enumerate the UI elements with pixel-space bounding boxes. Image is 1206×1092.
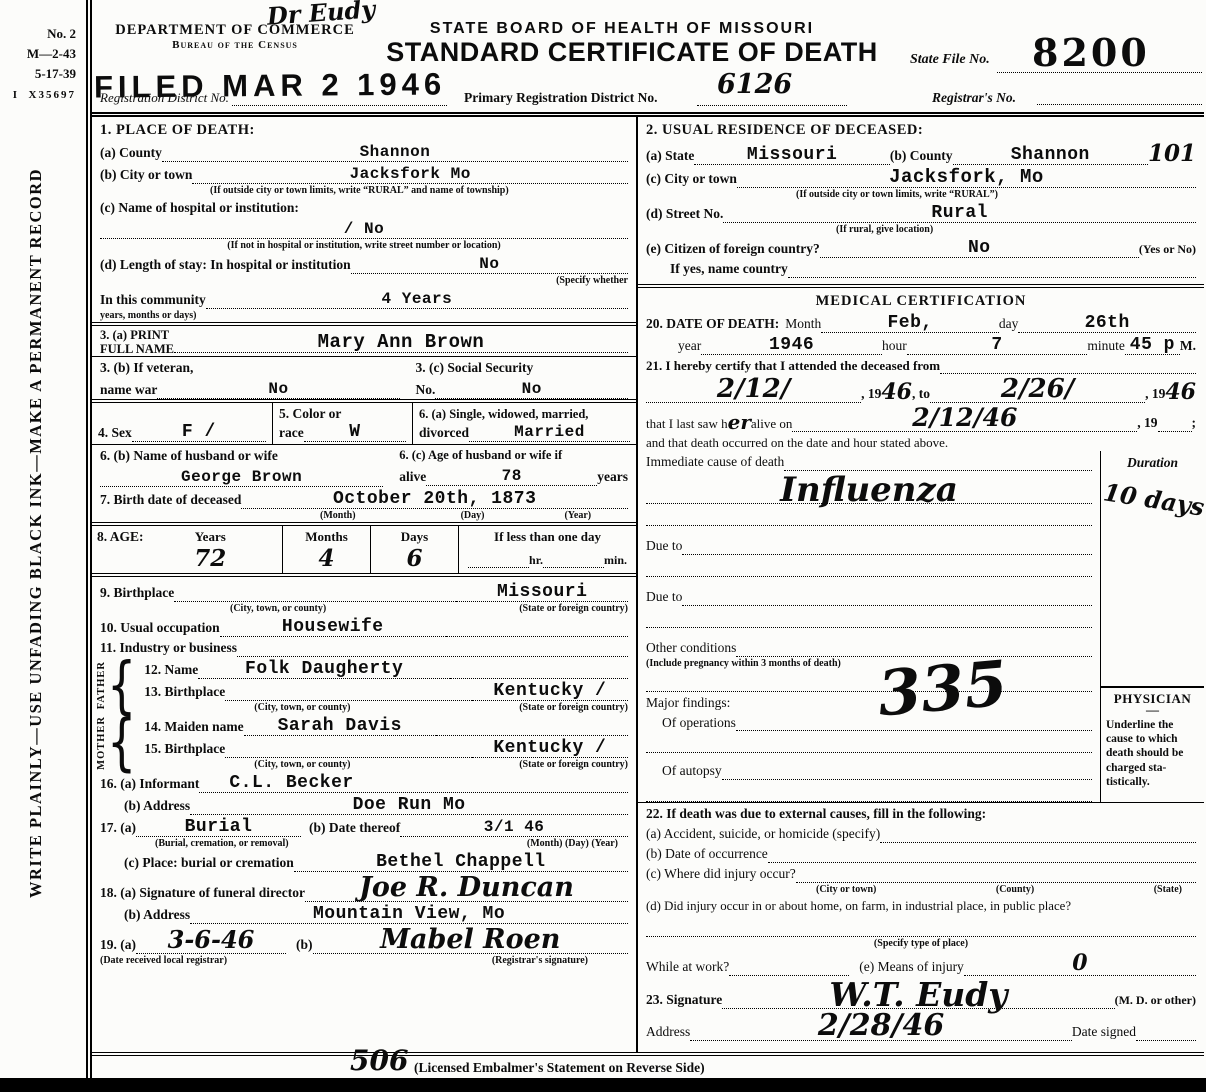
county-label: (a) County [100, 145, 162, 162]
father-birthplace-label: 13. Birthplace [144, 684, 225, 701]
form-codes: No. 2M—2-435-17-39I X35697 [13, 24, 76, 105]
residence-city-value: Jacksfork, Mo [889, 166, 1044, 188]
physician-address-label: Address [646, 1024, 690, 1041]
attend-from-value: 2/12/ [717, 374, 790, 404]
embalmer-statement-note: (Licensed Embalmer's Statement on Revers… [414, 1060, 705, 1076]
scan-edge-bar [0, 1078, 1206, 1092]
dod-minute-label: minute [1087, 338, 1125, 355]
physician-instruction: Underline the cause to which death shoul… [1106, 718, 1199, 790]
footer-handnote: 506 [350, 1048, 408, 1075]
section-11-industry: 11. Industry or business [92, 637, 636, 657]
duration-heading: Duration [1101, 451, 1204, 471]
section-23-signature: 23. SignatureW.T. Eudy(M. D. or other) A… [638, 976, 1204, 1042]
burial-value: Burial [185, 817, 253, 837]
mother-name-label: 14. Maiden name [144, 719, 243, 736]
veteran-label: 3. (b) If veteran, [100, 360, 193, 377]
residence-county-handnote: 101 [1148, 143, 1196, 165]
autopsy-label: Of autopsy [662, 763, 722, 780]
stay-value: No [479, 255, 499, 273]
due-to-2-line [646, 612, 1092, 628]
residence-street-hint: (If rural, give location) [836, 223, 933, 236]
residence-county-label: (b) County [890, 148, 953, 165]
section-2-residence: 2. USUAL RESIDENCE OF DECEASED: (a) Stat… [638, 117, 1204, 284]
city-value: Jacksfork Mo [350, 165, 471, 183]
department-line: DEPARTMENT OF COMMERCE [100, 22, 370, 39]
county-value: Shannon [360, 143, 431, 161]
father-birthplace-hint-2: (State or foreign country) [519, 701, 628, 714]
injury-hint-county: (County) [996, 883, 1034, 896]
age-months-value: 4 [288, 545, 365, 572]
spouse-value: George Brown [181, 468, 302, 486]
cause-extra-line [646, 510, 1092, 526]
mother-name-value: Sarah Davis [278, 716, 402, 736]
right-column: 2. USUAL RESIDENCE OF DECEASED: (a) Stat… [638, 117, 1204, 1052]
due-to-1-line [646, 561, 1092, 577]
hospital-value: / No [344, 220, 384, 238]
burial-hint: (Burial, cremation, or removal) [155, 837, 289, 850]
burial-place-value: Bethel Chappell [376, 852, 546, 872]
section-7-birthdate: 7. Birth date of deceasedOctober 20th, 1… [92, 487, 636, 522]
section-17-burial: 17. (a)Burial(b) Date thereof3/1 46 (Bur… [92, 815, 636, 872]
injury-place-hint: (Specify type of place) [874, 937, 968, 950]
section-21-attendance: 21. I hereby certify that I attended the… [638, 355, 1204, 452]
findings-scrawl: 335 [876, 654, 1010, 724]
other-conditions-label: Other conditions [646, 640, 736, 657]
operations-label: Of operations [662, 715, 736, 732]
due-to-1-label: Due to [646, 538, 682, 555]
birthdate-value: October 20th, 1873 [333, 489, 536, 509]
means-of-injury-label: (e) Means of injury [849, 959, 964, 976]
ssn-no-label: No. [416, 382, 436, 399]
while-at-work-label: While at work? [646, 959, 729, 976]
birthplace-label: 9. Birthplace [100, 585, 174, 602]
father-block: FATHER{ 12. NameFolk Daugherty 13. Birth… [92, 657, 636, 714]
registrar-sig-label: (b) [286, 937, 313, 954]
dod-year-label: year [678, 338, 701, 355]
spouse-age-value: 78 [502, 467, 522, 485]
mother-birthplace-value: Kentucky / [493, 738, 606, 758]
sex-label: 4. Sex [98, 425, 132, 442]
section-6bc-spouse: 6. (b) Name of husband or wife George Br… [92, 444, 636, 487]
form-body: 1. PLACE OF DEATH: (a) CountyShannon (b)… [92, 112, 1204, 1052]
director-address-label: (b) Address [100, 907, 190, 924]
director-signature-label: 18. (a) Signature of funeral director [100, 885, 305, 902]
physician-dash: — [1106, 707, 1199, 714]
section-12-15-parents: FATHER{ 12. NameFolk Daugherty 13. Birth… [92, 657, 636, 771]
section-19-registrar: 19. (a)3-6-46(b)Mabel Roen (Date receive… [92, 924, 636, 967]
medical-heading: MEDICAL CERTIFICATION [638, 288, 1204, 311]
dod-hour-label: hour [882, 338, 907, 355]
residence-city-label: (c) City or town [646, 171, 737, 188]
birthplace-hint-2: (State or foreign country) [519, 602, 628, 615]
sex-value: F / [182, 422, 216, 442]
marital-value: Married [514, 423, 585, 441]
registrar-signature-value: Mabel Roen [380, 924, 560, 955]
spouse-age-label-1: 6. (c) Age of husband or wife if [399, 448, 562, 464]
marital-label-2: divorced [419, 425, 469, 442]
dod-hour-value: 7 [991, 335, 1002, 355]
duration-cell: Duration 10 days [1101, 451, 1204, 686]
external-heading: 22. If death was due to external causes,… [646, 806, 986, 823]
registration-district-line [232, 105, 447, 106]
attend-y46-b: 46 [1165, 382, 1196, 403]
burial-place-label: (c) Place: burial or cremation [100, 855, 294, 872]
dod-label: 20. DATE OF DEATH: [646, 316, 779, 333]
accident-label: (a) Accident, suicide, or homicide (spec… [646, 826, 880, 843]
form-header: Dr Eudy DEPARTMENT OF COMMERCE Bureau of… [92, 0, 1204, 112]
race-label-2: race [279, 425, 304, 442]
footer-strip: 506 (Licensed Embalmer's Statement on Re… [92, 1052, 1204, 1078]
state-file-line [997, 72, 1202, 73]
primary-district-line [697, 105, 847, 106]
duration-physician-column: Duration 10 days PHYSICIAN — Underline t… [1100, 451, 1204, 802]
residence-county-value: Shannon [1011, 145, 1090, 165]
physician-address-value: 2/28/46 [818, 1008, 944, 1043]
lastseen-value: 2/12/46 [912, 403, 1017, 432]
cause-value: Influenza [780, 470, 958, 510]
father-name-label: 12. Name [144, 662, 198, 679]
physician-box: PHYSICIAN — Underline the cause to which… [1101, 686, 1204, 802]
race-value: W [349, 422, 360, 442]
informant-value: C.L. Becker [229, 773, 353, 793]
age-years-value: 72 [144, 545, 277, 572]
father-name-value: Folk Daugherty [245, 659, 403, 679]
dod-day-label: day [999, 316, 1019, 333]
filed-stamp: FILED MAR 2 1946 [94, 66, 447, 105]
form-code-3: 5-17-39 [35, 66, 76, 81]
fullname-value: Mary Ann Brown [318, 331, 485, 353]
registrar-sig-hint: (Registrar's signature) [492, 954, 588, 967]
section-456-row: 4. SexF / 5. Color or raceW 6. (a) Singl… [92, 399, 636, 444]
lastseen-pre: that I last saw h [646, 416, 728, 432]
age-years-head: Years [144, 529, 277, 545]
age-months-head: Months [288, 529, 365, 545]
birthdate-hint-month: (Month) [320, 509, 356, 522]
marital-label-1: 6. (a) Single, widowed, married, [419, 407, 588, 421]
attend-y19-b: , 19 [1145, 386, 1165, 403]
dod-m-label: M. [1180, 338, 1196, 355]
primary-district-label: Primary Registration District No. [464, 90, 657, 106]
mother-side-label: MOTHER [96, 716, 107, 770]
state-board-line: STATE BOARD OF HEALTH OF MISSOURI [402, 20, 842, 38]
mother-brace: { [107, 715, 136, 771]
registrar-number-line [1037, 104, 1202, 105]
veteran-value: No [268, 380, 288, 398]
mother-birthplace-hint-2: (State or foreign country) [519, 758, 628, 771]
informant-address-value: Doe Run Mo [353, 795, 466, 815]
informant-address-label: (b) Address [100, 798, 190, 815]
burial-date-value: 3/1 46 [484, 818, 545, 836]
injury-place-line [646, 921, 1196, 937]
residence-city-hint: (If outside city or town limits, write “… [796, 188, 998, 201]
primary-district-value: 6126 [717, 72, 792, 98]
occupation-value: Housewife [282, 617, 384, 637]
injury-place-label: (d) Did injury occur in or about home, o… [646, 899, 1071, 915]
father-side-label: FATHER [96, 661, 107, 709]
lastseen-y19: , 19 [1137, 415, 1157, 432]
age-min-label: min. [604, 553, 627, 568]
stay-hint: (Specify whether [556, 274, 628, 287]
state-file-label: State File No. [910, 52, 990, 68]
state-file-number: 8200 [1032, 30, 1150, 75]
attend-to-label: , to [912, 386, 930, 403]
section-1-place-of-death: 1. PLACE OF DEATH: (a) CountyShannon (b)… [92, 117, 636, 322]
fullname-label: 3. (a) PRINTFULL NAME [100, 329, 174, 357]
birthdate-hint-day: (Day) [461, 509, 485, 522]
section-16-informant: 16. (a) InformantC.L. Becker (b) Address… [92, 771, 636, 815]
citizen-label: (e) Citizen of foreign country? [646, 241, 820, 258]
spouse-age-label-2: alive [399, 469, 426, 486]
residence-street-value: Rural [931, 203, 988, 223]
other-conditions-hint: (Include pregnancy within 3 months of de… [646, 657, 841, 670]
stay-label: (d) Length of stay: In hospital or insti… [100, 257, 351, 274]
death-certificate-scan: No. 2M—2-435-17-39I X35697 WRITE PLAINLY… [0, 0, 1206, 1092]
birthdate-label: 7. Birth date of deceased [100, 492, 241, 509]
age-days-value: 6 [376, 545, 453, 572]
findings-top-line [646, 676, 1092, 692]
community-value: 4 Years [382, 290, 453, 308]
form-code-4: I X35697 [13, 89, 76, 101]
duration-value: 10 days [1102, 481, 1206, 519]
dod-month-label: Month [779, 316, 821, 333]
mother-birthplace-label: 15. Birthplace [144, 741, 225, 758]
section-10-occupation: 10. Usual occupationHousewife [92, 615, 636, 637]
received-hint: (Date received local registrar) [100, 954, 227, 967]
cause-fields: Immediate cause of death Influenza Due t… [638, 451, 1100, 802]
spouse-label: 6. (b) Name of husband or wife [100, 448, 278, 465]
age-label: 8. AGE: [97, 529, 144, 572]
spouse-age-suffix: years [597, 469, 628, 486]
occurrence-date-label: (b) Date of occurrence [646, 846, 768, 863]
cause-label: Immediate cause of death [646, 454, 784, 471]
major-findings-label: Major findings: [646, 695, 730, 712]
birthplace-value: Missouri [497, 582, 587, 602]
section-18-funeral-director: 18. (a) Signature of funeral directorJoe… [92, 872, 636, 924]
occurred-line: and that death occurred on the date and … [646, 435, 948, 451]
section-2-heading: 2. USUAL RESIDENCE OF DECEASED: [638, 117, 1204, 140]
form-code-1: No. 2 [47, 26, 76, 41]
ssn-label: 3. (c) Social Security [416, 360, 534, 377]
section-20-date-of-death: 20. DATE OF DEATH:MonthFeb,day26th year1… [638, 311, 1204, 355]
father-birthplace-hint-1: (City, town, or county) [254, 701, 350, 714]
received-date-value: 3-6-46 [168, 925, 255, 954]
citizen-hint: (Yes or No) [1139, 242, 1196, 258]
physician-signature-label: 23. Signature [646, 992, 722, 1009]
birthplace-hint-1: (City, town, or county) [230, 602, 326, 615]
registrar-number-label: Registrar's No. [932, 90, 1016, 106]
date-signed-label: Date signed [1072, 1024, 1136, 1041]
injury-hint-state: (State) [1154, 883, 1182, 896]
lastseen-post: alive on [751, 416, 793, 432]
community-hint: years, months or days) [100, 309, 196, 322]
lastseen-her: er [728, 413, 751, 432]
ssn-value: No [522, 380, 542, 398]
received-label: 19. (a) [100, 937, 136, 954]
age-days-head: Days [376, 529, 453, 545]
hospital-label: (c) Name of hospital or institution: [100, 200, 299, 217]
certificate-title: STANDARD CERTIFICATE OF DEATH [382, 37, 882, 68]
due-to-2-label: Due to [646, 589, 682, 606]
autopsy-line [646, 786, 1092, 802]
citizen-value: No [968, 238, 991, 258]
form-code-2: M—2-43 [27, 46, 76, 61]
dod-minute-value: 45 p [1130, 335, 1175, 355]
city-hint: (If outside city or town limits, write “… [210, 184, 509, 197]
left-margin: No. 2M—2-435-17-39I X35697 WRITE PLAINLY… [0, 0, 86, 1092]
residence-state-label: (a) State [646, 148, 694, 165]
department-block: DEPARTMENT OF COMMERCE Bureau of the Cen… [100, 22, 370, 51]
section-3bc-veteran-ssn: 3. (b) If veteran, name warNo 3. (c) Soc… [92, 356, 636, 399]
mother-birthplace-hint-1: (City, town, or county) [254, 758, 350, 771]
burial-label: 17. (a) [100, 820, 136, 837]
residence-street-label: (d) Street No. [646, 206, 723, 223]
bureau-line: Bureau of the Census [100, 39, 370, 51]
section-8-age: 8. AGE: Years72 Months4 Days6 If less th… [92, 522, 636, 573]
left-column: 1. PLACE OF DEATH: (a) CountyShannon (b)… [92, 117, 638, 1052]
hospital-hint: (If not in hospital or institution, writ… [227, 239, 500, 252]
veteran-namewar-label: name war [100, 382, 157, 399]
burial-date-hint: (Month) (Day) (Year) [527, 837, 618, 850]
section-3a-name: 3. (a) PRINTFULL NAME Mary Ann Brown [92, 322, 636, 357]
mother-block: MOTHER{ 14. Maiden nameSarah Davis 15. B… [92, 714, 636, 771]
certificate-form: Dr Eudy DEPARTMENT OF COMMERCE Bureau of… [86, 0, 1204, 1078]
informant-label: 16. (a) Informant [100, 776, 199, 793]
cause-of-death-grid: Immediate cause of death Influenza Due t… [638, 451, 1204, 802]
major-findings-block: 335 Major findings: Of operations Of aut… [638, 676, 1100, 803]
operations-line [646, 737, 1092, 753]
section-22-external-causes: 22. If death was due to external causes,… [638, 802, 1204, 975]
residence-state-value: Missouri [747, 145, 837, 165]
community-label: In this community [100, 292, 206, 309]
medical-certification: MEDICAL CERTIFICATION 20. DATE OF DEATH:… [638, 284, 1204, 803]
means-of-injury-hand: 0 [1072, 950, 1087, 976]
section-9-birthplace: 9. BirthplaceMissouri (City, town, or co… [92, 573, 636, 615]
director-address-value: Mountain View, Mo [313, 904, 505, 924]
injury-hint-city: (City or town) [816, 883, 876, 896]
director-signature-value: Joe R. Duncan [359, 872, 574, 903]
race-label-1: 5. Color or [279, 406, 341, 421]
attend-y19-a: , 19 [861, 386, 881, 403]
attend-to-value: 2/26/ [1001, 374, 1074, 404]
father-birthplace-value: Kentucky / [493, 681, 606, 701]
section-1-heading: 1. PLACE OF DEATH: [92, 117, 636, 140]
attend-line1: 21. I hereby certify that I attended the… [646, 358, 940, 374]
attend-y46-a: 46 [881, 382, 912, 403]
margin-instruction-text: WRITE PLAINLY—USE UNFADING BLACK INK—MAK… [26, 128, 46, 898]
burial-date-label: (b) Date thereof [301, 820, 400, 837]
injury-where-label: (c) Where did injury occur? [646, 866, 796, 883]
name-country-label: If yes, name country [646, 261, 788, 278]
md-or-other-label: (M. D. or other) [1115, 993, 1196, 1009]
occupation-label: 10. Usual occupation [100, 620, 220, 637]
age-lessday-head: If less than one day [464, 529, 631, 545]
dod-month-value: Feb, [887, 313, 932, 333]
birthdate-hint-year: (Year) [564, 509, 591, 522]
dod-day-value: 26th [1085, 313, 1130, 333]
dod-year-value: 1946 [769, 335, 814, 355]
age-hr-label: hr. [529, 553, 543, 568]
city-label: (b) City or town [100, 167, 192, 184]
lastseen-semi: ; [1192, 415, 1197, 432]
